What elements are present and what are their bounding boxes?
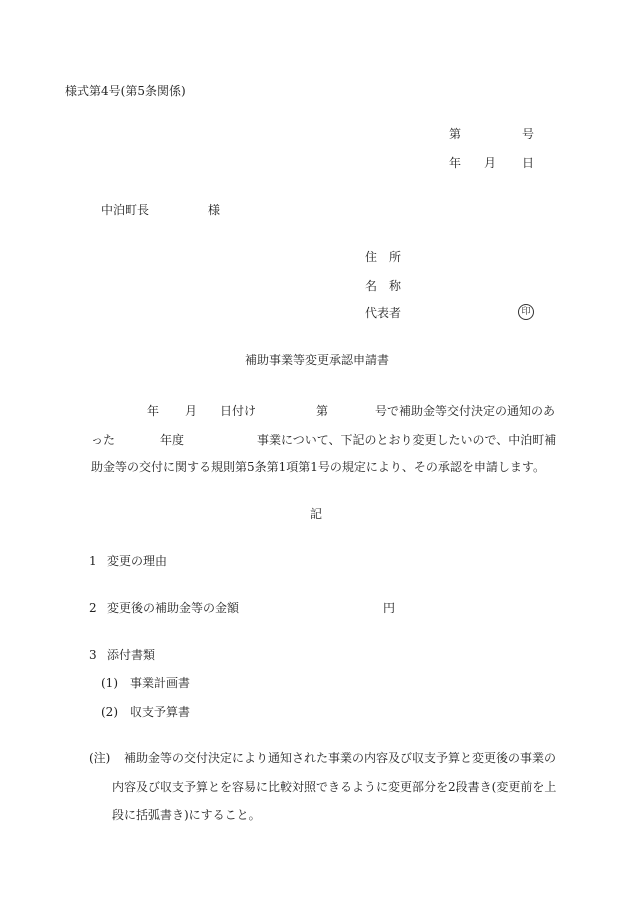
item-3-num: 3 <box>89 648 97 662</box>
date-year: 年 <box>449 156 461 170</box>
body-year: 年 <box>147 404 159 418</box>
attachment-2-label: 収支予算書 <box>130 705 190 719</box>
address-label: 住 所 <box>365 250 401 264</box>
document-title: 補助事業等変更承認申請書 <box>245 353 389 367</box>
item-2-label: 変更後の補助金等の金額 <box>107 601 239 615</box>
item-2-unit: 円 <box>383 601 395 615</box>
body-dai: 第 <box>316 404 328 418</box>
body-line1-rest: 号で補助金等交付決定の通知のあ <box>375 404 555 418</box>
item-3-label: 添付書類 <box>107 648 155 662</box>
item-2-num: 2 <box>89 601 97 615</box>
body-fiscal-year: 年度 <box>160 433 184 447</box>
body-line3: 助金等の交付に関する規則第5条第1項第1号の規定により、その承認を申請します。 <box>91 460 545 474</box>
form-label: 様式第4号(第5条関係) <box>65 84 186 98</box>
date-month: 月 <box>484 156 496 170</box>
note-label: (注) <box>89 751 110 765</box>
addressee-honorific: 様 <box>208 203 220 217</box>
attachment-1-num: (1) <box>101 676 118 690</box>
name-label: 名 称 <box>365 279 401 293</box>
note-line-2: 内容及び収支予算とを容易に比較対照できるように変更部分を2段書き(変更前を上 <box>112 780 556 794</box>
body-line2-a: った <box>91 433 115 447</box>
date-day: 日 <box>522 156 534 170</box>
doc-number-go: 号 <box>522 127 534 141</box>
seal-icon: 印 <box>518 304 534 320</box>
note-line-3: 段に括弧書き)にすること。 <box>112 808 261 822</box>
body-line2-rest: 事業について、下記のとおり変更したいので、中泊町補 <box>257 433 556 447</box>
ki-heading: 記 <box>310 507 322 521</box>
attachment-2-num: (2) <box>101 705 118 719</box>
body-month: 月 <box>185 404 197 418</box>
item-1-num: 1 <box>89 554 97 568</box>
body-dated: 日付け <box>220 404 256 418</box>
note-line-1: 補助金等の交付決定により通知された事業の内容及び収支予算と変更後の事業の <box>124 751 556 765</box>
doc-number-dai: 第 <box>449 127 461 141</box>
addressee-name: 中泊町長 <box>101 203 149 217</box>
item-1-label: 変更の理由 <box>107 554 167 568</box>
attachment-1-label: 事業計画書 <box>130 676 190 690</box>
representative-label: 代表者 <box>365 306 401 320</box>
